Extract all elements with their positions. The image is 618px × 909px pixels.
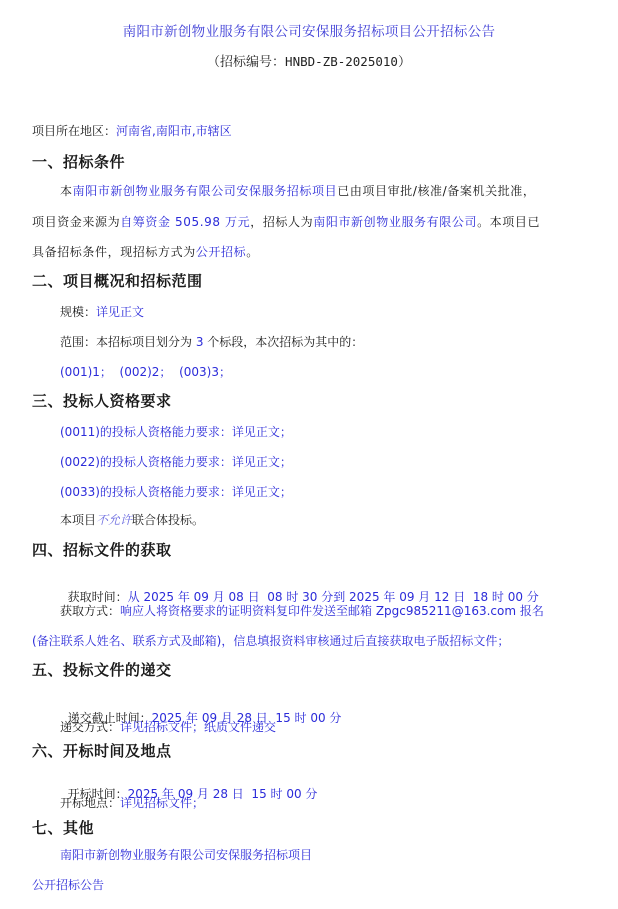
bid-number-prefix: （招标编号：: [207, 55, 285, 70]
section-heading-4: 四、招标文件的获取: [32, 542, 172, 558]
scope-text: 范围：本招标项目划分为: [60, 335, 196, 349]
submit-method-label: 递交方式：: [60, 720, 120, 734]
acquire-method-line-2: (备注联系人姓名、联系方式及邮箱)，信息填报资料审核通过后直接获取电子版招标文件…: [32, 633, 509, 649]
s1-line-2: 项目资金来源为自筹资金 505.98 万元，招标人为南阳市新创物业服务有限公司。…: [32, 214, 540, 230]
scale-line: 规模：详见正文: [60, 304, 144, 320]
acquire-method-label: 获取方式：: [60, 604, 120, 618]
qualification-req-3: (0033)的投标人资格能力要求：详见正文；: [60, 484, 292, 500]
opening-place-line: 开标地点：详见招标文件；: [60, 795, 204, 811]
acquire-time-value: 从 2025 年 09 月 08 日 08 时 30 分到 2025 年 09 …: [128, 590, 539, 604]
region-label: 项目所在地区：: [32, 124, 116, 138]
consortium-text: 本项目: [60, 513, 96, 527]
other-line-1: 南阳市新创物业服务有限公司安保服务招标项目: [60, 847, 312, 863]
consortium-value: 不允许: [96, 513, 132, 527]
bid-number: （招标编号：HNBD-ZB-2025010）: [0, 54, 618, 71]
bid-number-suffix: ）: [398, 55, 411, 70]
tender-method: 公开招标: [196, 245, 246, 259]
s1-text: 已由项目审批/核准/备案机关批准，: [337, 184, 535, 198]
s1-line-3: 具备招标条件，现招标方式为公开招标。: [32, 244, 259, 260]
acquire-time-line: 获取时间：从 2025 年 09 月 08 日 08 时 30 分到 2025 …: [60, 573, 539, 605]
qualification-req-2: (0022)的投标人资格能力要求：详见正文；: [60, 454, 292, 470]
section-heading-2: 二、项目概况和招标范围: [32, 273, 203, 289]
s1-line-1: 本南阳市新创物业服务有限公司安保服务招标项目已由项目审批/核准/备案机关批准，: [60, 183, 536, 199]
qualification-req-1: (0011)的投标人资格能力要求：详见正文；: [60, 424, 292, 440]
s1-text: 具备招标条件，现招标方式为: [32, 245, 196, 259]
s1-text: ，招标人为: [250, 215, 313, 229]
tenderer-name: 南阳市新创物业服务有限公司: [313, 215, 477, 229]
lots-list: (001)1； (002)2； (003)3；: [60, 364, 231, 380]
section-heading-6: 六、开标时间及地点: [32, 743, 172, 759]
s1-text: 项目资金来源为: [32, 215, 120, 229]
section-heading-3: 三、投标人资格要求: [32, 393, 172, 409]
consortium-line: 本项目不允许联合体投标。: [60, 512, 204, 528]
submit-method-value: 详见招标文件；纸质文件递交: [120, 720, 276, 734]
s1-text: 。本项目已: [477, 215, 540, 229]
acquire-method-line: 获取方式：响应人将资格要求的证明资料复印件发送至邮箱 Zpgc985211@16…: [60, 603, 544, 619]
scale-value: 详见正文: [96, 305, 144, 319]
region-value: 河南省,南阳市,市辖区: [116, 124, 232, 138]
bid-number-code: HNBD-ZB-2025010: [285, 54, 398, 69]
s1-text: 本: [60, 184, 73, 198]
consortium-text: 联合体投标。: [132, 513, 204, 527]
document-title: 南阳市新创物业服务有限公司安保服务招标项目公开招标公告: [0, 24, 618, 40]
section-heading-1: 一、招标条件: [32, 154, 125, 170]
project-name: 南阳市新创物业服务有限公司安保服务招标项目: [73, 184, 338, 198]
scope-line: 范围：本招标项目划分为 3 个标段，本次招标为其中的：: [60, 334, 363, 350]
section-heading-7: 七、其他: [32, 820, 94, 836]
s1-text: 。: [246, 245, 259, 259]
opening-place-value: 详见招标文件；: [120, 796, 204, 810]
section-heading-5: 五、投标文件的递交: [32, 662, 172, 678]
fund-source: 自筹资金 505.98 万元: [120, 215, 250, 229]
opening-place-label: 开标地点：: [60, 796, 120, 810]
other-line-2: 公开招标公告: [32, 877, 104, 893]
acquire-time-label: 获取时间：: [68, 590, 128, 604]
acquire-method-value: 响应人将资格要求的证明资料复印件发送至邮箱 Zpgc985211@163.com…: [120, 604, 544, 618]
scale-label: 规模：: [60, 305, 96, 319]
submit-method-line: 递交方式：详见招标文件；纸质文件递交: [60, 719, 276, 735]
project-region: 项目所在地区：河南省,南阳市,市辖区: [32, 123, 232, 139]
scope-text: 个标段，本次招标为其中的：: [203, 335, 363, 349]
